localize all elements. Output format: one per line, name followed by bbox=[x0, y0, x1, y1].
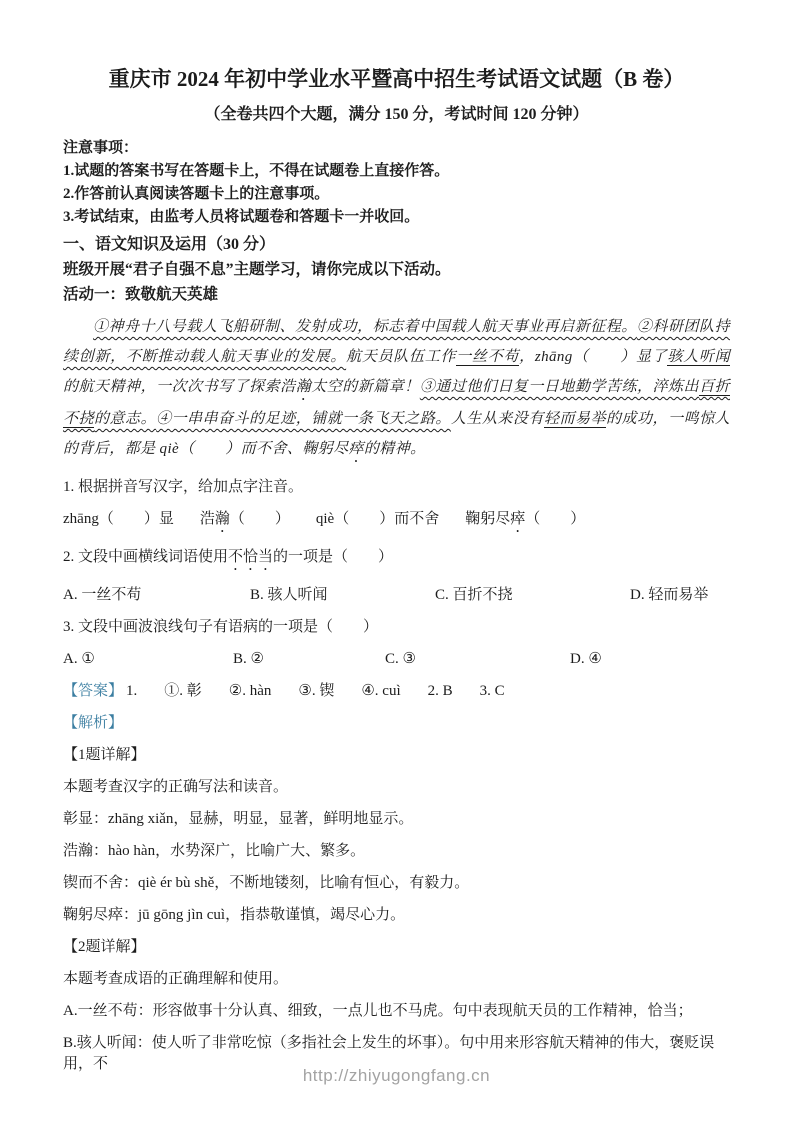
pinyin-item: qiè（ ）而不舍 bbox=[316, 509, 439, 536]
notice-item-1: 1.试题的答案书写在答题卡上，不得在试题卷上直接作答。 bbox=[63, 160, 730, 183]
option: D. ④ bbox=[570, 649, 730, 670]
question-2-stem-segment: 的一项是（ ） bbox=[273, 549, 393, 565]
option: D. 轻而易举 bbox=[630, 585, 730, 606]
pinyin-item-segment: zhāng（ ）显 bbox=[63, 511, 174, 527]
pinyin-item: 鞠躬尽瘁（ ） bbox=[465, 509, 585, 536]
passage-segment: ，zhāng（ ）显了 bbox=[519, 349, 667, 365]
passage-segment: ③通过他们日复一日地勤学苦练，淬炼出 bbox=[420, 379, 699, 395]
passage-segment: 瀚 bbox=[296, 379, 312, 395]
answer-tag: 【答案】 bbox=[63, 683, 123, 699]
notices-block: 注意事项： 1.试题的答案书写在答题卡上，不得在试题卷上直接作答。 2.作答前认… bbox=[63, 137, 730, 229]
explanation-2-heading: 【2题详解】 bbox=[63, 937, 730, 958]
answer-part: ②. hàn bbox=[229, 683, 272, 699]
explanation-1-line: 本题考查汉字的正确写法和读音。 bbox=[63, 777, 730, 798]
questions-block: 1. 根据拼音写汉字，给加点字注音。 zhāng（ ）显浩瀚（ ）qiè（ ）而… bbox=[63, 477, 730, 1075]
explanation-1-line: 浩瀚：hào hàn，水势深广，比喻广大、繁多。 bbox=[63, 841, 730, 862]
explanation-1-line: 彰显：zhāng xiǎn，显赫，明显，显著，鲜明地显示。 bbox=[63, 809, 730, 830]
notice-item-3: 3.考试结束，由监考人员将试题卷和答题卡一并收回。 bbox=[63, 206, 730, 229]
explanation-2-line: A.一丝不苟：形容做事十分认真、细致，一点儿也不马虎。句中表现航天员的工作精神，… bbox=[63, 1001, 730, 1022]
answer-part: ③. 锲 bbox=[298, 683, 334, 699]
pinyin-item-segment: qiè（ ）而不舍 bbox=[316, 511, 439, 527]
option: B. ② bbox=[233, 649, 385, 670]
pinyin-item-segment: （ ） bbox=[525, 511, 585, 527]
answer-part: 1. bbox=[126, 683, 137, 699]
explanation-1-line: 鞠躬尽瘁：jū gōng jìn cuì，指恭敬谨慎，竭尽心力。 bbox=[63, 905, 730, 926]
passage-segment: 航天员队伍工作 bbox=[346, 349, 456, 365]
passage-segment: 人生从来没有 bbox=[451, 411, 544, 427]
passage-segment: 的精神。 bbox=[364, 441, 426, 457]
answer-part: 2. B bbox=[428, 683, 453, 699]
explanation-2-line: 本题考查成语的正确理解和使用。 bbox=[63, 969, 730, 990]
section-intro: 班级开展“君子自强不息”主题学习，请你完成以下活动。 bbox=[63, 257, 730, 282]
option: B. 骇人听闻 bbox=[250, 585, 435, 606]
notices-heading: 注意事项： bbox=[63, 137, 730, 160]
pinyin-item-segment: 浩 bbox=[200, 511, 215, 527]
answer-line: 【答案】1.①. 彰②. hàn③. 锲④. cuì2. B3. C bbox=[63, 681, 730, 702]
section-1-heading: 一、语文知识及运用（30 分） bbox=[63, 232, 730, 257]
option: A. ① bbox=[63, 649, 233, 670]
option: A. 一丝不苟 bbox=[63, 585, 250, 606]
explanation-1-heading: 【1题详解】 bbox=[63, 745, 730, 766]
passage-segment: ①神舟十八号载人飞船研制、发射成功，标志着中国载人航天事业再启新征程。 bbox=[93, 319, 637, 335]
answer-part: ①. 彰 bbox=[164, 683, 202, 699]
option: C. 百折不挠 bbox=[435, 585, 630, 606]
footer-url: http://zhiyugongfang.cn bbox=[0, 1066, 793, 1086]
question-1-stem: 1. 根据拼音写汉字，给加点字注音。 bbox=[63, 477, 730, 498]
passage-segment: 轻而易举 bbox=[544, 411, 606, 428]
question-2-stem-segment: 2. 文段中画横线词语使用 bbox=[63, 549, 228, 565]
pinyin-item-segment: 瘁 bbox=[510, 511, 525, 527]
question-3-stem: 3. 文段中画波浪线句子有语病的一项是（ ） bbox=[63, 617, 730, 638]
pinyin-item-segment: 鞠躬尽 bbox=[465, 511, 510, 527]
question-3-options: A. ①B. ②C. ③D. ④ bbox=[63, 649, 730, 670]
passage-segment: 的航天精神，一次次书写了探索浩 bbox=[63, 379, 296, 395]
pinyin-item: zhāng（ ）显 bbox=[63, 509, 174, 536]
passage-segment: ④一串串奋斗的足迹，铺就一条飞天之路。 bbox=[156, 411, 451, 427]
page-title: 重庆市 2024 年初中学业水平暨高中招生考试语文试题（B 卷） bbox=[63, 64, 730, 94]
passage-segment: 的意志。 bbox=[94, 411, 156, 427]
passage-segment: 太空的新篇章！ bbox=[311, 379, 420, 395]
passage-segment: 一丝不苟 bbox=[456, 349, 519, 366]
option: C. ③ bbox=[385, 649, 570, 670]
question-2-stem-segment: 不恰当 bbox=[228, 549, 273, 565]
pinyin-item: 浩瀚（ ） bbox=[200, 509, 290, 536]
explanation-1-line: 锲而不舍：qiè ér bù shě，不断地镂刻，比喻有恒心，有毅力。 bbox=[63, 873, 730, 894]
passage-segment: 瘁 bbox=[348, 441, 363, 457]
question-1-answer-line: zhāng（ ）显浩瀚（ ）qiè（ ）而不舍鞠躬尽瘁（ ） bbox=[63, 509, 730, 536]
pinyin-item-segment: （ ） bbox=[230, 511, 290, 527]
notice-item-2: 2.作答前认真阅读答题卡上的注意事项。 bbox=[63, 183, 730, 206]
question-2-stem: 2. 文段中画横线词语使用不恰当的一项是（ ） bbox=[63, 547, 730, 574]
pinyin-item-segment: 瀚 bbox=[215, 511, 230, 527]
exam-page: 重庆市 2024 年初中学业水平暨高中招生考试语文试题（B 卷） （全卷共四个大… bbox=[0, 0, 793, 1075]
answer-part: ④. cuì bbox=[361, 683, 400, 699]
passage-segment: 骇人听闻 bbox=[667, 349, 730, 366]
page-subtitle: （全卷共四个大题，满分 150 分，考试时间 120 分钟） bbox=[63, 104, 730, 126]
answer-part: 3. C bbox=[480, 683, 505, 699]
activity-heading: 活动一：致敬航天英雄 bbox=[63, 282, 730, 307]
reading-passage: ①神舟十八号载人飞船研制、发射成功，标志着中国载人航天事业再启新征程。②科研团队… bbox=[63, 312, 730, 466]
analysis-tag: 【解析】 bbox=[63, 713, 730, 734]
question-2-options: A. 一丝不苟B. 骇人听闻C. 百折不挠D. 轻而易举 bbox=[63, 585, 730, 606]
